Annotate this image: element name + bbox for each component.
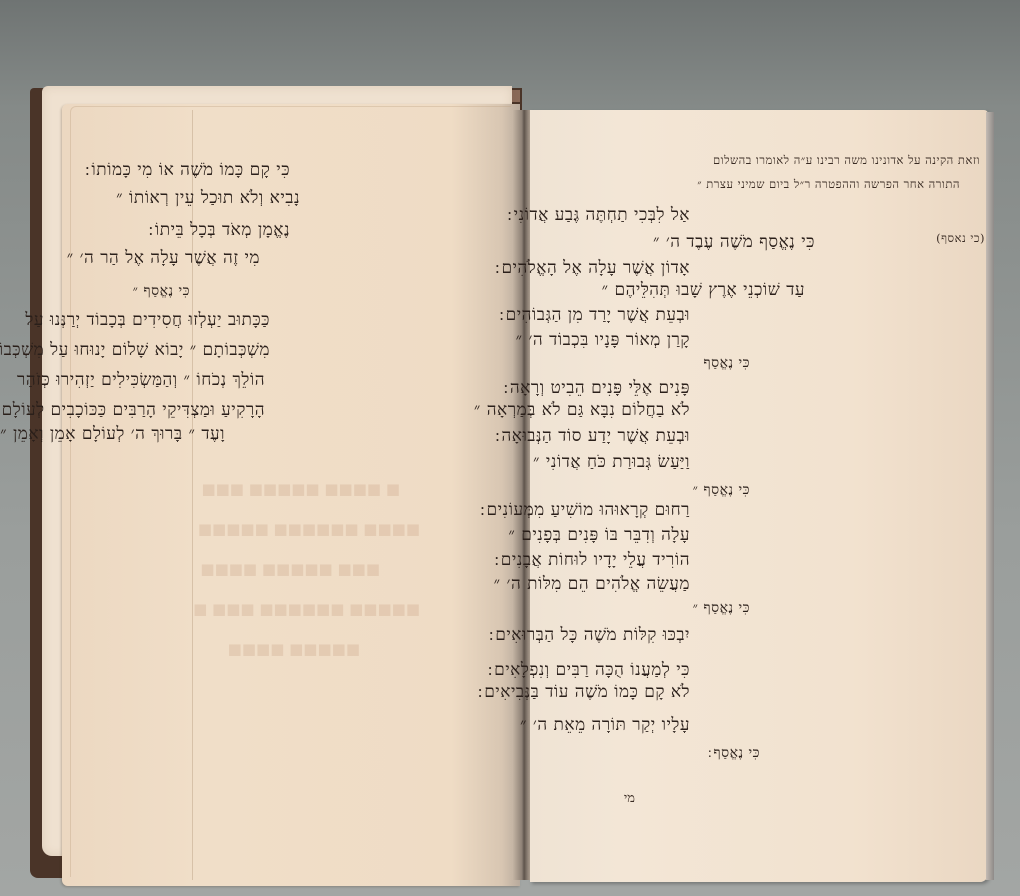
text-line: מִי זֶה אֲשֶׁר עָלָה אֶל הַר ה׳ ״ [67, 248, 260, 268]
book-scan: ■ ■■■■ ■■■■■ ■■■ ■■■■ ■■■■■■ ■■■■■ ■■■ ■… [0, 0, 1020, 896]
text-line: הָרָקִיעַ וּמַצְדִּיקֵי הָרַבִּים כַּכּו… [2, 400, 265, 420]
text-line: כִּי קָם כָּמוֹ מֹשֶׁה אוֹ מִי כָּמוֹתוֹ… [85, 160, 290, 180]
refrain-line: כִּי נֶאֱסַף ״ [693, 482, 750, 499]
refrain-line: כִּי נֶאֱסַף [703, 355, 750, 372]
show-through-text: ■■■■■ ■■■■■■ ■■■ ■ [193, 600, 420, 618]
text-line: כִּי לְמַעֲנוֹ הֻכָּה רַבִּים וְנִפְלָאִ… [488, 660, 690, 680]
text-line: וָעֶד ״ בָּרוּךְ ה׳ לְעוֹלָם אָמֵן וְאָמ… [0, 424, 225, 444]
text-line: מִשְׁכְּבוֹתָם ״ יָבוֹא שָׁלוֹם יָנוּחוּ… [0, 340, 270, 360]
text-line: לֹא קָם כָּמוֹ מֹשֶׁה עוֹד בַּנְּבִיאִים… [478, 682, 690, 702]
text-line: אָדוֹן אֲשֶׁר עָלָה אֶל הָאֱלֹהִים ׃ [495, 258, 690, 278]
page-edge [986, 112, 994, 880]
text-line: עָלָה וְדִבֵּר בּוֹ פָּנִים בְּפָנִים ״ [508, 525, 690, 545]
text-line: וּבְעֵת אֲשֶׁר יָדַע סוֹד הַנְּבוּאָה ׃ [495, 426, 690, 446]
text-line: כַּכָּתוּב יַעְלְזוּ חֲסִידִים בְּכָבוֹד… [25, 310, 270, 330]
text-line: קָרַן מְאוֹר פָּנָיו בִּכְבוֹד ה׳ ״ [516, 330, 690, 350]
refrain-line: כִּי נֶאֱסַף ״ [133, 283, 190, 300]
heading-line: התורה אחר הפרשה וההפטרה ר״ל ביום שמיני ע… [697, 177, 960, 191]
text-line: וַיַּעַשׂ גְּבוּרַת כֹּחַ אֲדוֹנִי ״ [533, 452, 690, 472]
refrain-line: כִּי נֶאֱסַף ׃ [708, 745, 760, 762]
right-page [530, 110, 988, 882]
text-line: אַל לִבְּכִי תַחְתֶּה גֶּבַע אֲדוֹנִי ׃ [507, 205, 690, 225]
text-line: נֶאֱמָן מְאֹד בְּכָל בֵּיתוֹ ׃ [148, 220, 290, 240]
show-through-text: ■■■■■ ■■■■ [228, 640, 360, 658]
text-line: יִבְכּוּ קִלּוֹת מֹשֶׁה כָּל הַבְּרוּאִי… [489, 625, 690, 645]
margin-note: (כי נאסף) [936, 231, 985, 245]
text-line: לֹא בַחֲלוֹם נִבָּא גַּם לֹא בְּמַרְאָה … [474, 400, 690, 420]
text-line: רַחוּם קְרָאוּהוּ מוֹשִׁיעַ מִמְּעוֹנִים… [480, 500, 690, 520]
catchword: מי [624, 790, 635, 806]
text-line: עָלָיו יְקַר תּוֹרָה מֵאֵת ה׳ ״ [520, 715, 690, 735]
heading-line: וזאת הקינה על אדונינו משה רבינו ע״ה לאומ… [713, 153, 980, 167]
show-through-text: ■■■■ ■■■■■■ ■■■■■ [198, 520, 420, 538]
show-through-text: ■■■ ■■■■■ ■■■■ [200, 560, 380, 578]
text-line: וּבְעֵת אֲשֶׁר יָרַד מִן הַגְּבוֹהִים ׃ [499, 305, 690, 325]
show-through-text: ■ ■■■■ ■■■■■ ■■■ [201, 480, 400, 498]
text-line: עַד שׁוֹכְנֵי אֶרֶץ שָׁבוּ תְּהִלֵּיהֶם … [602, 280, 805, 300]
text-line: הוֹלֵךְ נְכֹחוֹ ״ וְהַמַּשְׂכִּילִים יַז… [17, 370, 265, 390]
text-line: כִּי נֶאֱסַף מֹשֶׁה עֶבֶד ה׳ ״ [653, 232, 815, 252]
text-line: פָּנִים אֶלֵּי פָּנִים הֵבִיט וְרָאָה ׃ [503, 378, 690, 398]
text-line: הוֹרִיד עֲלֵי יָדָיו לוּחוֹת אֲבָנִים ׃ [494, 550, 690, 570]
refrain-line: כִּי נֶאֱסַף ״ [693, 600, 750, 617]
text-line: מַעֲשֵׂה אֱלֹהִים הֵם מִלּוֹת ה׳ ״ [494, 574, 690, 594]
text-line: נָבִיא וְלֹא תוּכַל עֵין רְאוֹתוֹ ״ [116, 188, 300, 208]
